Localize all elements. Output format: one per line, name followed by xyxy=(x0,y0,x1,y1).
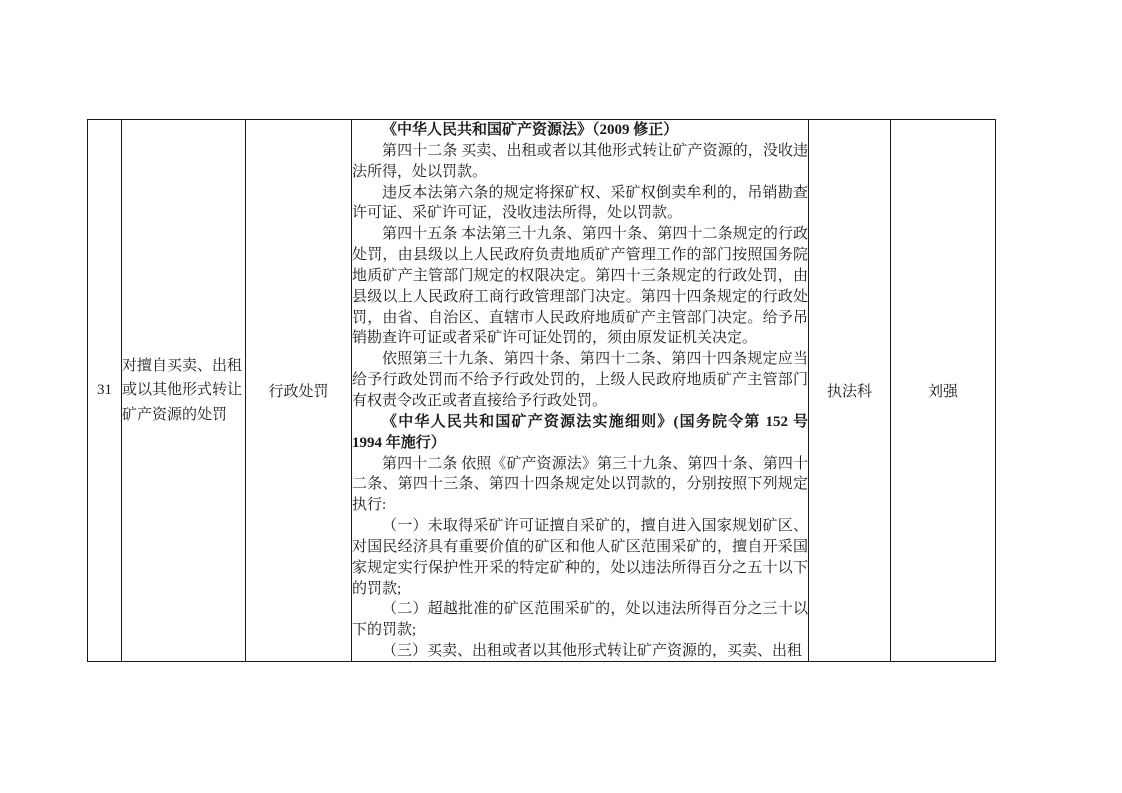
legal-basis-paragraph: 第四十二条 买卖、出租或者以其他形式转让矿产资源的，没收违法所得，处以罚款。 xyxy=(352,141,808,183)
legal-basis-paragraph: （三）买卖、出租或者以其他形式转让矿产资源的，买卖、出租 xyxy=(352,641,808,661)
cell-seq-number: 31 xyxy=(88,120,122,662)
legal-basis-paragraph: 第四十二条 依照《矿产资源法》第三十九条、第四十条、第四十二条、第四十三条、第四… xyxy=(352,454,808,517)
legal-basis-paragraph: 《中华人民共和国矿产资源法》（2009 修正） xyxy=(352,120,808,141)
legal-basis-paragraph: （一）未取得采矿许可证擅自采矿的，擅自进入国家规划矿区、对国民经济具有重要价值的… xyxy=(352,516,808,599)
seq-number: 31 xyxy=(97,382,112,398)
department-text: 执法科 xyxy=(827,384,872,400)
cell-department: 执法科 xyxy=(809,120,891,662)
legal-basis-paragraph: 第四十五条 本法第三十九条、第四十条、第四十二条规定的行政处罚，由县级以上人民政… xyxy=(352,224,808,349)
regulation-table: 31 对擅自买卖、出租或以其他形式转让矿产资源的处罚 行政处罚 《中华人民共和国… xyxy=(87,119,996,662)
legal-basis-paragraph: 违反本法第六条的规定将探矿权、采矿权倒卖牟利的，吊销勘查许可证、采矿许可证，没收… xyxy=(352,183,808,225)
legal-basis-paragraph: 依照第三十九条、第四十条、第四十二条、第四十四条规定应当给予行政处罚而不给予行政… xyxy=(352,349,808,412)
legal-basis-text: 《中华人民共和国矿产资源法》（2009 修正）第四十二条 买卖、出租或者以其他形… xyxy=(352,120,808,661)
punishment-type-text: 行政处罚 xyxy=(268,384,328,400)
punishment-item-text: 对擅自买卖、出租或以其他形式转让矿产资源的处罚 xyxy=(122,354,245,428)
responsible-person-text: 刘强 xyxy=(928,384,958,400)
cell-legal-basis: 《中华人民共和国矿产资源法》（2009 修正）第四十二条 买卖、出租或者以其他形… xyxy=(352,120,809,662)
cell-responsible-person: 刘强 xyxy=(891,120,996,662)
cell-punishment-type: 行政处罚 xyxy=(246,120,352,662)
cell-punishment-item: 对擅自买卖、出租或以其他形式转让矿产资源的处罚 xyxy=(122,120,246,662)
legal-basis-paragraph: 《中华人民共和国矿产资源法实施细则》(国务院令第 152 号 1994 年施行） xyxy=(352,412,808,454)
legal-basis-paragraph: （二）超越批准的矿区范围采矿的，处以违法所得百分之三十以下的罚款; xyxy=(352,599,808,641)
table-row: 31 对擅自买卖、出租或以其他形式转让矿产资源的处罚 行政处罚 《中华人民共和国… xyxy=(88,120,996,662)
document-page: 31 对擅自买卖、出租或以其他形式转让矿产资源的处罚 行政处罚 《中华人民共和国… xyxy=(0,0,1122,793)
